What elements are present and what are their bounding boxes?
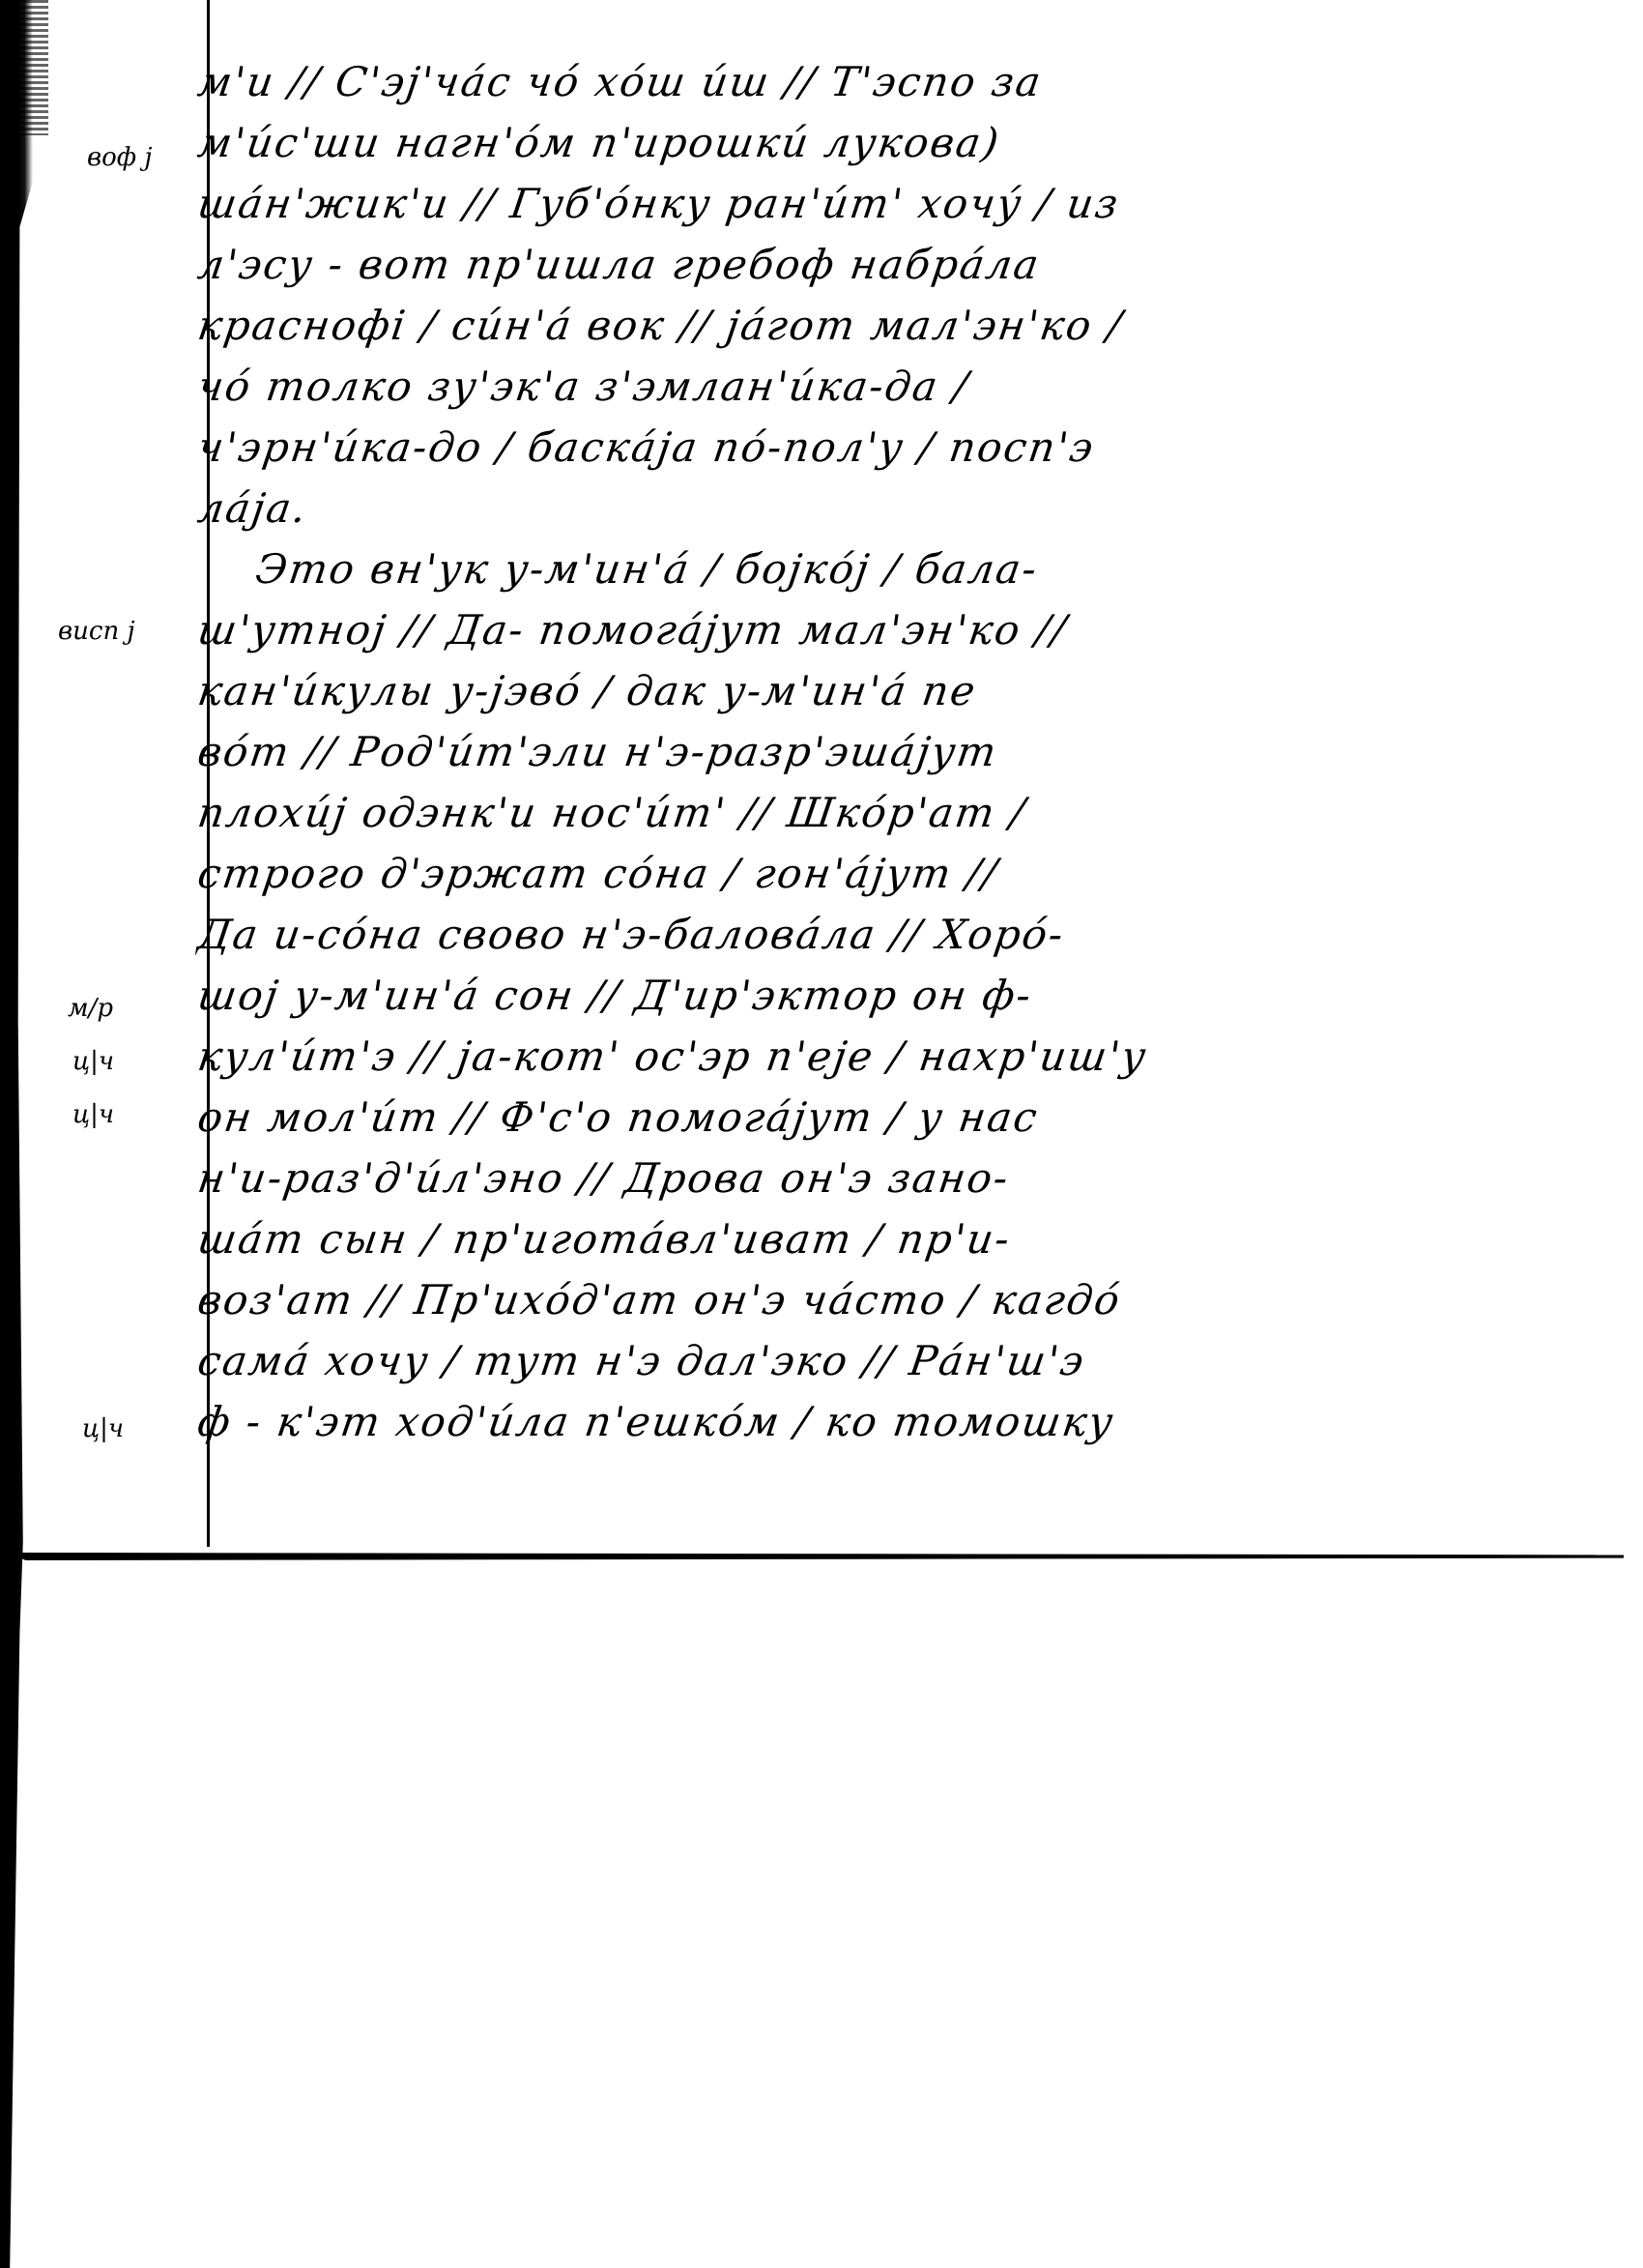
margin-note: ц|ч (82, 1416, 124, 1441)
text-line: самá хочу / тут н'э дал'эко // Рáн'ш'э (193, 1337, 1293, 1395)
margin-note: висп j (58, 619, 135, 644)
text-line: м'úс'ши нагн'óм п'ирошкú лукова) (193, 119, 1293, 177)
margin-note: м/р (68, 996, 113, 1021)
text-line: вóт // Рoд'úт'эли н'э-разр'эшáјут (193, 728, 1293, 786)
text-line: кан'úкулы у-јэвó / дак у-м'ин'á пе (193, 667, 1293, 725)
text-line: м'и // С'эј'чáс чó хóш úш // Т'эспо за (193, 58, 1293, 116)
text-line: н'и-раз'д'úл'эно // Дрова он'э зано- (193, 1154, 1293, 1212)
text-line: шáн'жик'и // Губ'óнку ран'úт' хочý / из (193, 180, 1293, 238)
text-line: лáја. (193, 484, 1293, 542)
text-line: шој у-м'ин'á сон // Д'ир'эктор он ф- (193, 972, 1293, 1030)
text-line: ф - к'эт ход'úла п'ешкóм / ко тoмoшку (193, 1398, 1293, 1456)
margin-note: ц|ч (72, 1102, 114, 1127)
text-line: шáт сын / пр'иготáвл'иват / пр'и- (193, 1215, 1293, 1273)
text-line: кул'úт'э // ја-кот' ос'эр п'еје / нахр'и… (193, 1032, 1293, 1090)
text-line: строго д'эржат сóна / гон'áјут // (193, 850, 1293, 908)
text-line: чó толко зу'эк'а з'эмлан'úка-да / (193, 363, 1293, 421)
margin-note: ц|ч (72, 1049, 114, 1074)
text-line: он мол'úт // Ф'с'о помогáјут / у нас (193, 1093, 1293, 1151)
text-line: ш'утнoј // Да- пoмoгáјут мал'эн'ко // (193, 606, 1293, 664)
text-line: Это вн'ук у-м'ин'á / бојкóј / бала- (193, 545, 1293, 603)
text-line: краснофі / сúн'á вок // јáгот мал'эн'ко … (193, 302, 1293, 360)
margin-note: воф j (87, 145, 152, 170)
text-line: л'эсу - вот пр'ишла гребоф набрáла (193, 241, 1293, 299)
text-line: плохúј одэнк'и нос'úт' // Шкóр'ат / (193, 789, 1293, 847)
text-line: воз'ат // Пр'ихóд'ат он'э чáсто / кагдó (193, 1276, 1293, 1334)
text-line: ч'эрн'úка-до / баскáја пó-пол'у / посп'э (193, 423, 1293, 481)
text-line: Да и-сóна свово н'э-баловáла // Хорó- (193, 911, 1293, 969)
